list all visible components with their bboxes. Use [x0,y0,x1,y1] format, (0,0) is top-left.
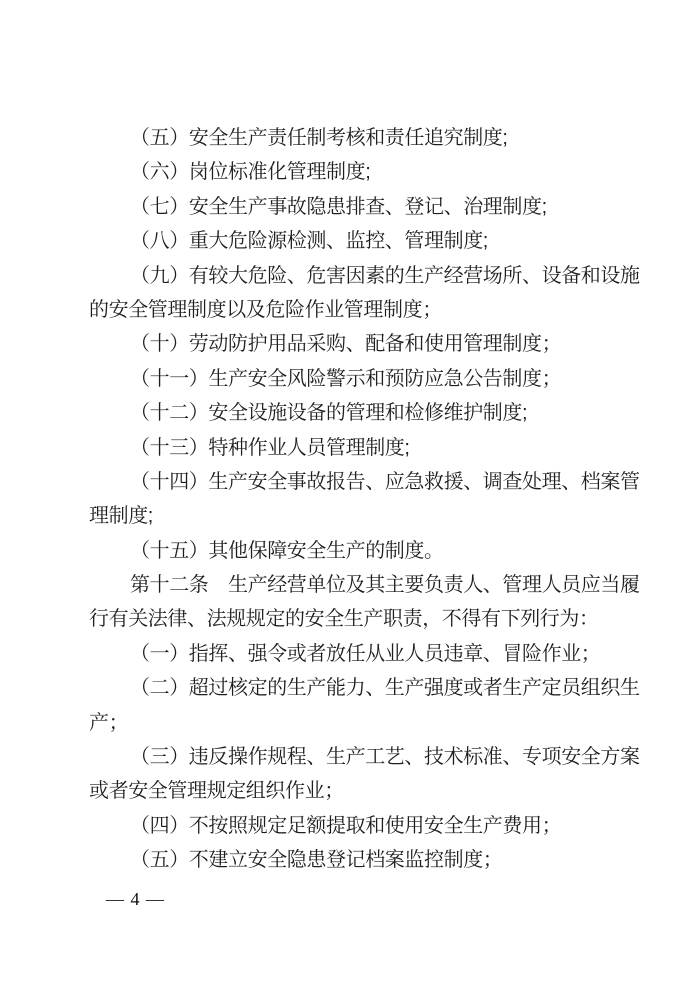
document-line: （十二）安全设施设备的管理和检修维护制度; [89,396,649,430]
document-line: （五）不建立安全隐患登记档案监控制度； [89,843,649,877]
document-line: 第十二条 生产经营单位及其主要负责人、管理人员应当履 [89,568,649,602]
document-line: （二）超过核定的生产能力、生产强度或者生产定员组织生 [89,671,649,705]
document-line: 的安全管理制度以及危险作业管理制度； [89,293,649,327]
document-line: （八）重大危险源检测、监控、管理制度; [89,224,649,258]
document-line: （十四）生产安全事故报告、应急救援、调查处理、档案管 [89,465,649,499]
document-line: （三）违反操作规程、生产工艺、技术标准、专项安全方案 [89,740,649,774]
document-page: （五）安全生产责任制考核和责任追究制度;（六）岗位标准化管理制度;（七）安全生产… [0,0,700,990]
document-line: （十五）其他保障安全生产的制度。 [89,534,649,568]
document-line: （十一）生产安全风险警示和预防应急公告制度； [89,362,649,396]
document-line: 理制度; [89,499,649,533]
document-line: 产； [89,706,649,740]
document-line: （五）安全生产责任制考核和责任追究制度; [89,121,649,155]
document-line: （六）岗位标准化管理制度; [89,155,649,189]
document-line: （十三）特种作业人员管理制度; [89,431,649,465]
text-block: （五）安全生产责任制考核和责任追究制度;（六）岗位标准化管理制度;（七）安全生产… [89,121,649,878]
document-line: （七）安全生产事故隐患排查、登记、治理制度; [89,190,649,224]
document-line: （四）不按照规定足额提取和使用安全生产费用； [89,809,649,843]
document-line: 或者安全管理规定组织作业； [89,774,649,808]
document-line: （九）有较大危险、危害因素的生产经营场所、设备和设施 [89,259,649,293]
document-line: 行有关法律、法规规定的安全生产职责，不得有下列行为： [89,602,649,636]
page-number: — 4 — [106,889,165,910]
document-line: （一）指挥、强令或者放任从业人员违章、冒险作业； [89,637,649,671]
document-line: （十）劳动防护用品采购、配备和使用管理制度； [89,327,649,361]
